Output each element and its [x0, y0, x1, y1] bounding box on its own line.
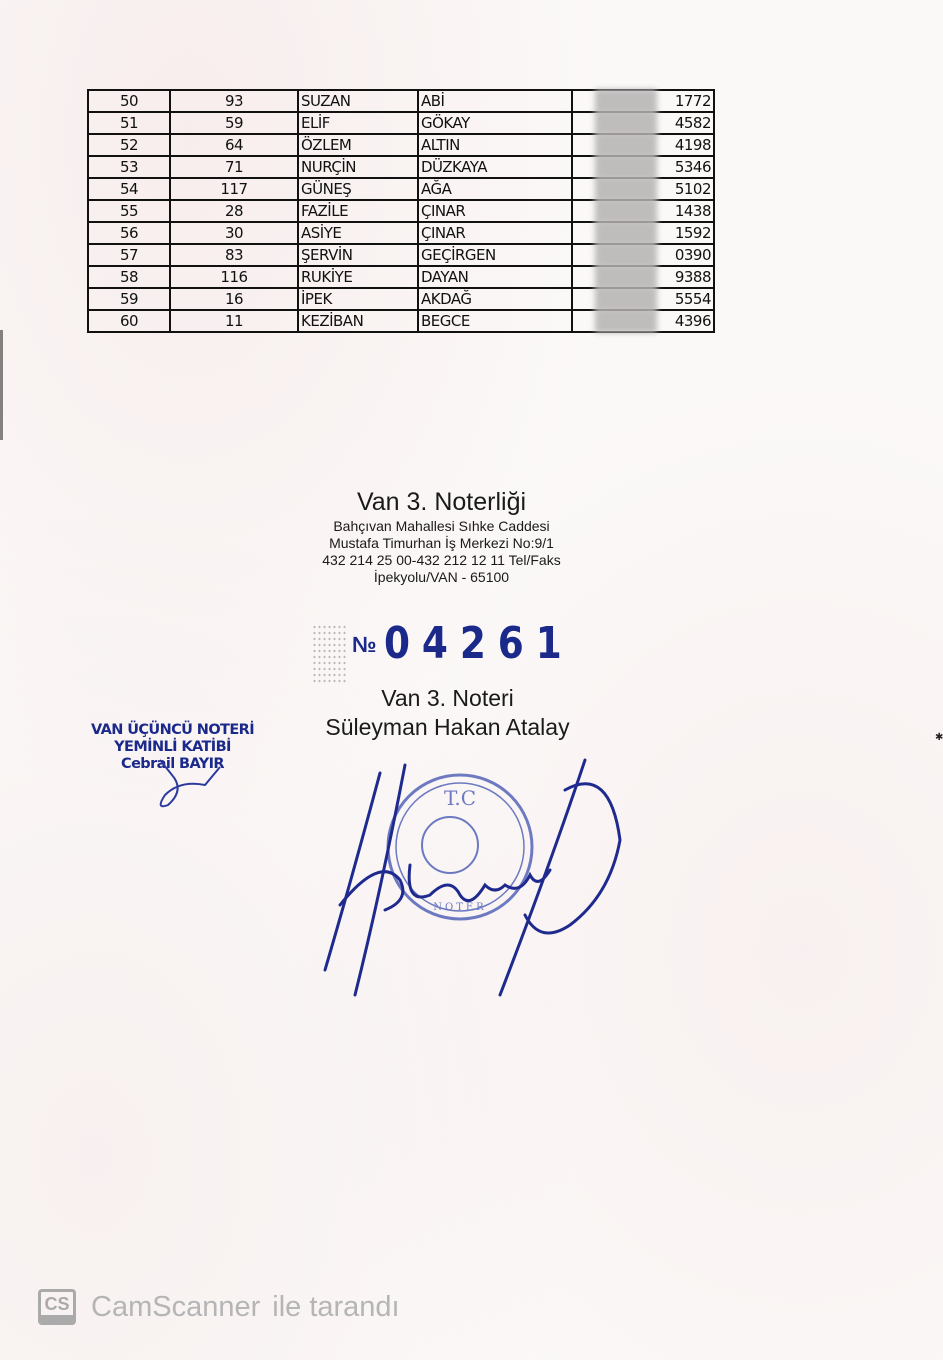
- clerk-line: YEMİNLİ KATİBİ: [80, 739, 265, 756]
- reference-number: 28: [170, 200, 298, 222]
- last-name: AKDAĞ: [418, 288, 572, 310]
- id-suffix: 0390: [675, 246, 711, 264]
- row-number: 59: [88, 288, 170, 310]
- first-name: ÖZLEM: [298, 134, 418, 156]
- last-name: ALTIN: [418, 134, 572, 156]
- notary-address-line: İpekyolu/VAN - 65100: [300, 569, 583, 586]
- notary-address-line: 432 214 25 00-432 212 12 11 Tel/Faks: [300, 552, 583, 569]
- row-number: 57: [88, 244, 170, 266]
- id-suffix: 1772: [675, 92, 711, 110]
- id-number-redacted: 1592: [572, 222, 714, 244]
- row-number: 51: [88, 112, 170, 134]
- reference-number: 11: [170, 310, 298, 332]
- last-name: GÖKAY: [418, 112, 572, 134]
- notary-address-line: Mustafa Timurhan İş Merkezi No:9/1: [300, 535, 583, 552]
- table-row: 5264ÖZLEMALTIN4198: [88, 134, 714, 156]
- svg-text:T.C: T.C: [444, 786, 476, 810]
- table-row: 5528FAZİLEÇINAR1438: [88, 200, 714, 222]
- clerk-signature: [150, 755, 230, 815]
- table-row: 54117GÜNEŞAĞA5102: [88, 178, 714, 200]
- first-name: SUZAN: [298, 90, 418, 112]
- id-number-redacted: 5554: [572, 288, 714, 310]
- redaction-blur: [595, 177, 657, 201]
- first-name: ŞERVİN: [298, 244, 418, 266]
- id-suffix: 4582: [675, 114, 711, 132]
- id-suffix: 5102: [675, 180, 711, 198]
- notary-seal-and-signature: T.C NOTER: [310, 745, 640, 1010]
- svg-text:NOTER: NOTER: [433, 902, 486, 913]
- reference-number: 64: [170, 134, 298, 156]
- row-number: 54: [88, 178, 170, 200]
- id-number-redacted: 1772: [572, 90, 714, 112]
- id-number-redacted: 4198: [572, 134, 714, 156]
- clerk-line: VAN ÜÇÜNCÜ NOTERİ: [80, 722, 265, 739]
- redaction-blur: [595, 89, 657, 113]
- id-number-redacted: 0390: [572, 244, 714, 266]
- redaction-blur: [595, 133, 657, 157]
- scan-edge-mark: ✱: [935, 732, 943, 743]
- redaction-blur: [595, 243, 657, 267]
- redaction-blur: [595, 265, 657, 289]
- table-row: 5371NURÇİNDÜZKAYA5346: [88, 156, 714, 178]
- first-name: FAZİLE: [298, 200, 418, 222]
- stamp-speckle: [312, 624, 348, 684]
- first-name: ELİF: [298, 112, 418, 134]
- reference-number: 30: [170, 222, 298, 244]
- notary-signatory: Van 3. Noteri Süleyman Hakan Atalay: [305, 684, 590, 742]
- first-name: KEZİBAN: [298, 310, 418, 332]
- first-name: GÜNEŞ: [298, 178, 418, 200]
- table-row: 58116RUKİYEDAYAN9388: [88, 266, 714, 288]
- redaction-blur: [595, 155, 657, 179]
- id-suffix: 5346: [675, 158, 711, 176]
- id-number-redacted: 1438: [572, 200, 714, 222]
- notary-address-line: Bahçıvan Mahallesi Sıhke Caddesi: [300, 518, 583, 535]
- reference-number: 117: [170, 178, 298, 200]
- id-suffix: 9388: [675, 268, 711, 286]
- id-number-redacted: 9388: [572, 266, 714, 288]
- row-number: 55: [88, 200, 170, 222]
- id-suffix: 4198: [675, 136, 711, 154]
- document-number-stamp: № 04261: [312, 618, 562, 668]
- id-number-redacted: 4582: [572, 112, 714, 134]
- redaction-blur: [595, 287, 657, 311]
- table-row: 5159ELİFGÖKAY4582: [88, 112, 714, 134]
- row-number: 52: [88, 134, 170, 156]
- first-name: NURÇİN: [298, 156, 418, 178]
- id-suffix: 4396: [675, 312, 711, 330]
- row-number: 56: [88, 222, 170, 244]
- id-number-redacted: 5346: [572, 156, 714, 178]
- reference-number: 71: [170, 156, 298, 178]
- id-number-redacted: 5102: [572, 178, 714, 200]
- row-number: 58: [88, 266, 170, 288]
- redaction-blur: [595, 199, 657, 223]
- camscanner-watermark: CS CamScanner ile tarandı: [38, 1287, 400, 1327]
- row-number: 60: [88, 310, 170, 332]
- reference-number: 16: [170, 288, 298, 310]
- scan-edge-mark: [0, 330, 3, 440]
- redaction-blur: [595, 111, 657, 135]
- first-name: ASİYE: [298, 222, 418, 244]
- last-name: DÜZKAYA: [418, 156, 572, 178]
- notary-person-name: Süleyman Hakan Atalay: [305, 713, 590, 742]
- notary-office-name: Van 3. Noteri: [305, 684, 590, 713]
- reference-number: 59: [170, 112, 298, 134]
- table-row: 5783ŞERVİNGEÇİRGEN0390: [88, 244, 714, 266]
- last-name: GEÇİRGEN: [418, 244, 572, 266]
- table-row: 5916İPEKAKDAĞ5554: [88, 288, 714, 310]
- last-name: ÇINAR: [418, 222, 572, 244]
- table-row: 6011KEZİBANBEGCE4396: [88, 310, 714, 332]
- table-row: 5093SUZANABİ1772: [88, 90, 714, 112]
- document-number: 04261: [384, 618, 574, 669]
- last-name: DAYAN: [418, 266, 572, 288]
- notary-office-title: Van 3. Noterliği: [300, 486, 583, 518]
- last-name: ÇINAR: [418, 200, 572, 222]
- camscanner-logo-icon: CS: [38, 1289, 76, 1325]
- id-suffix: 1592: [675, 224, 711, 242]
- table-row: 5630ASİYEÇINAR1592: [88, 222, 714, 244]
- last-name: ABİ: [418, 90, 572, 112]
- id-suffix: 1438: [675, 202, 711, 220]
- numero-sign: №: [352, 632, 375, 658]
- first-name: RUKİYE: [298, 266, 418, 288]
- row-number: 50: [88, 90, 170, 112]
- watermark-suffix: ile tarandı: [272, 1291, 399, 1324]
- last-name: BEGCE: [418, 310, 572, 332]
- row-number: 53: [88, 156, 170, 178]
- first-name: İPEK: [298, 288, 418, 310]
- watermark-brand: CamScanner: [91, 1291, 260, 1324]
- notary-header: Van 3. Noterliği Bahçıvan Mahallesi Sıhk…: [300, 486, 583, 586]
- redaction-blur: [595, 221, 657, 245]
- id-number-redacted: 4396: [572, 310, 714, 332]
- participant-table: 5093SUZANABİ17725159ELİFGÖKAY45825264ÖZL…: [87, 89, 715, 333]
- redaction-blur: [595, 309, 657, 333]
- reference-number: 93: [170, 90, 298, 112]
- reference-number: 83: [170, 244, 298, 266]
- reference-number: 116: [170, 266, 298, 288]
- id-suffix: 5554: [675, 290, 711, 308]
- last-name: AĞA: [418, 178, 572, 200]
